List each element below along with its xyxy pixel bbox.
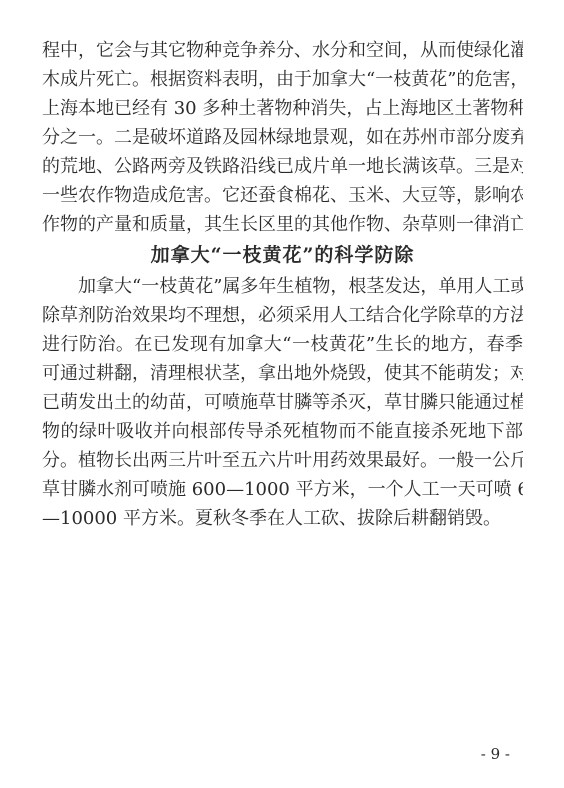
text-line: 上海本地已经有 30 多种土著物种消失，占上海地区土著物种十 <box>42 94 523 123</box>
document-page: 程中，它会与其它物种竞争养分、水分和空间，从而使绿化灌木成片死亡。根据资料表明，… <box>0 0 564 788</box>
text-line: 一些农作物造成危害。它还蚕食棉花、玉米、大豆等，影响农 <box>42 181 523 210</box>
text-line: 已萌发出土的幼苗，可喷施草甘膦等杀灭，草甘膦只能通过植 <box>42 388 523 417</box>
text-line: 作物的产量和质量，其生长区里的其他作物、杂草则一律消亡。 <box>42 210 523 239</box>
paragraph-1: 程中，它会与其它物种竞争养分、水分和空间，从而使绿化灌木成片死亡。根据资料表明，… <box>42 36 523 239</box>
section-heading: 加拿大“一枝黄花”的科学防除 <box>42 239 523 272</box>
text-line: 分之一。二是破坏道路及园林绿地景观，如在苏州市部分废弃 <box>42 123 523 152</box>
text-line: 进行防治。在已发现有加拿大“一枝黄花”生长的地方，春季 <box>42 330 523 359</box>
text-line: 加拿大“一枝黄花”属多年生植物，根茎发达，单用人工或 <box>42 272 523 301</box>
text-line: 除草剂防治效果均不理想，必须采用人工结合化学除草的方法 <box>42 301 523 330</box>
text-line: —10000 平方米。夏秋冬季在人工砍、拔除后耕翻销毁。 <box>42 504 523 533</box>
text-line: 物的绿叶吸收并向根部传导杀死植物而不能直接杀死地下部 <box>42 417 523 446</box>
text-line: 程中，它会与其它物种竞争养分、水分和空间，从而使绿化灌 <box>42 36 523 65</box>
text-line: 木成片死亡。根据资料表明，由于加拿大“一枝黄花”的危害， <box>42 65 523 94</box>
paragraph-2: 加拿大“一枝黄花”属多年生植物，根茎发达，单用人工或除草剂防治效果均不理想，必须… <box>42 272 523 533</box>
text-line: 的荒地、公路两旁及铁路沿线已成片单一地长满该草。三是对 <box>42 152 523 181</box>
text-line: 分。植物长出两三片叶至五六片叶用药效果最好。一般一公斤 <box>42 446 523 475</box>
body-text: 程中，它会与其它物种竞争养分、水分和空间，从而使绿化灌木成片死亡。根据资料表明，… <box>42 36 523 533</box>
page-number: - 9 - <box>481 744 510 764</box>
text-line: 草甘膦水剂可喷施 600—1000 平方米，一个人工一天可喷 6000 <box>42 475 523 504</box>
text-line: 可通过耕翻，清理根状茎，拿出地外烧毁，使其不能萌发；对 <box>42 359 523 388</box>
